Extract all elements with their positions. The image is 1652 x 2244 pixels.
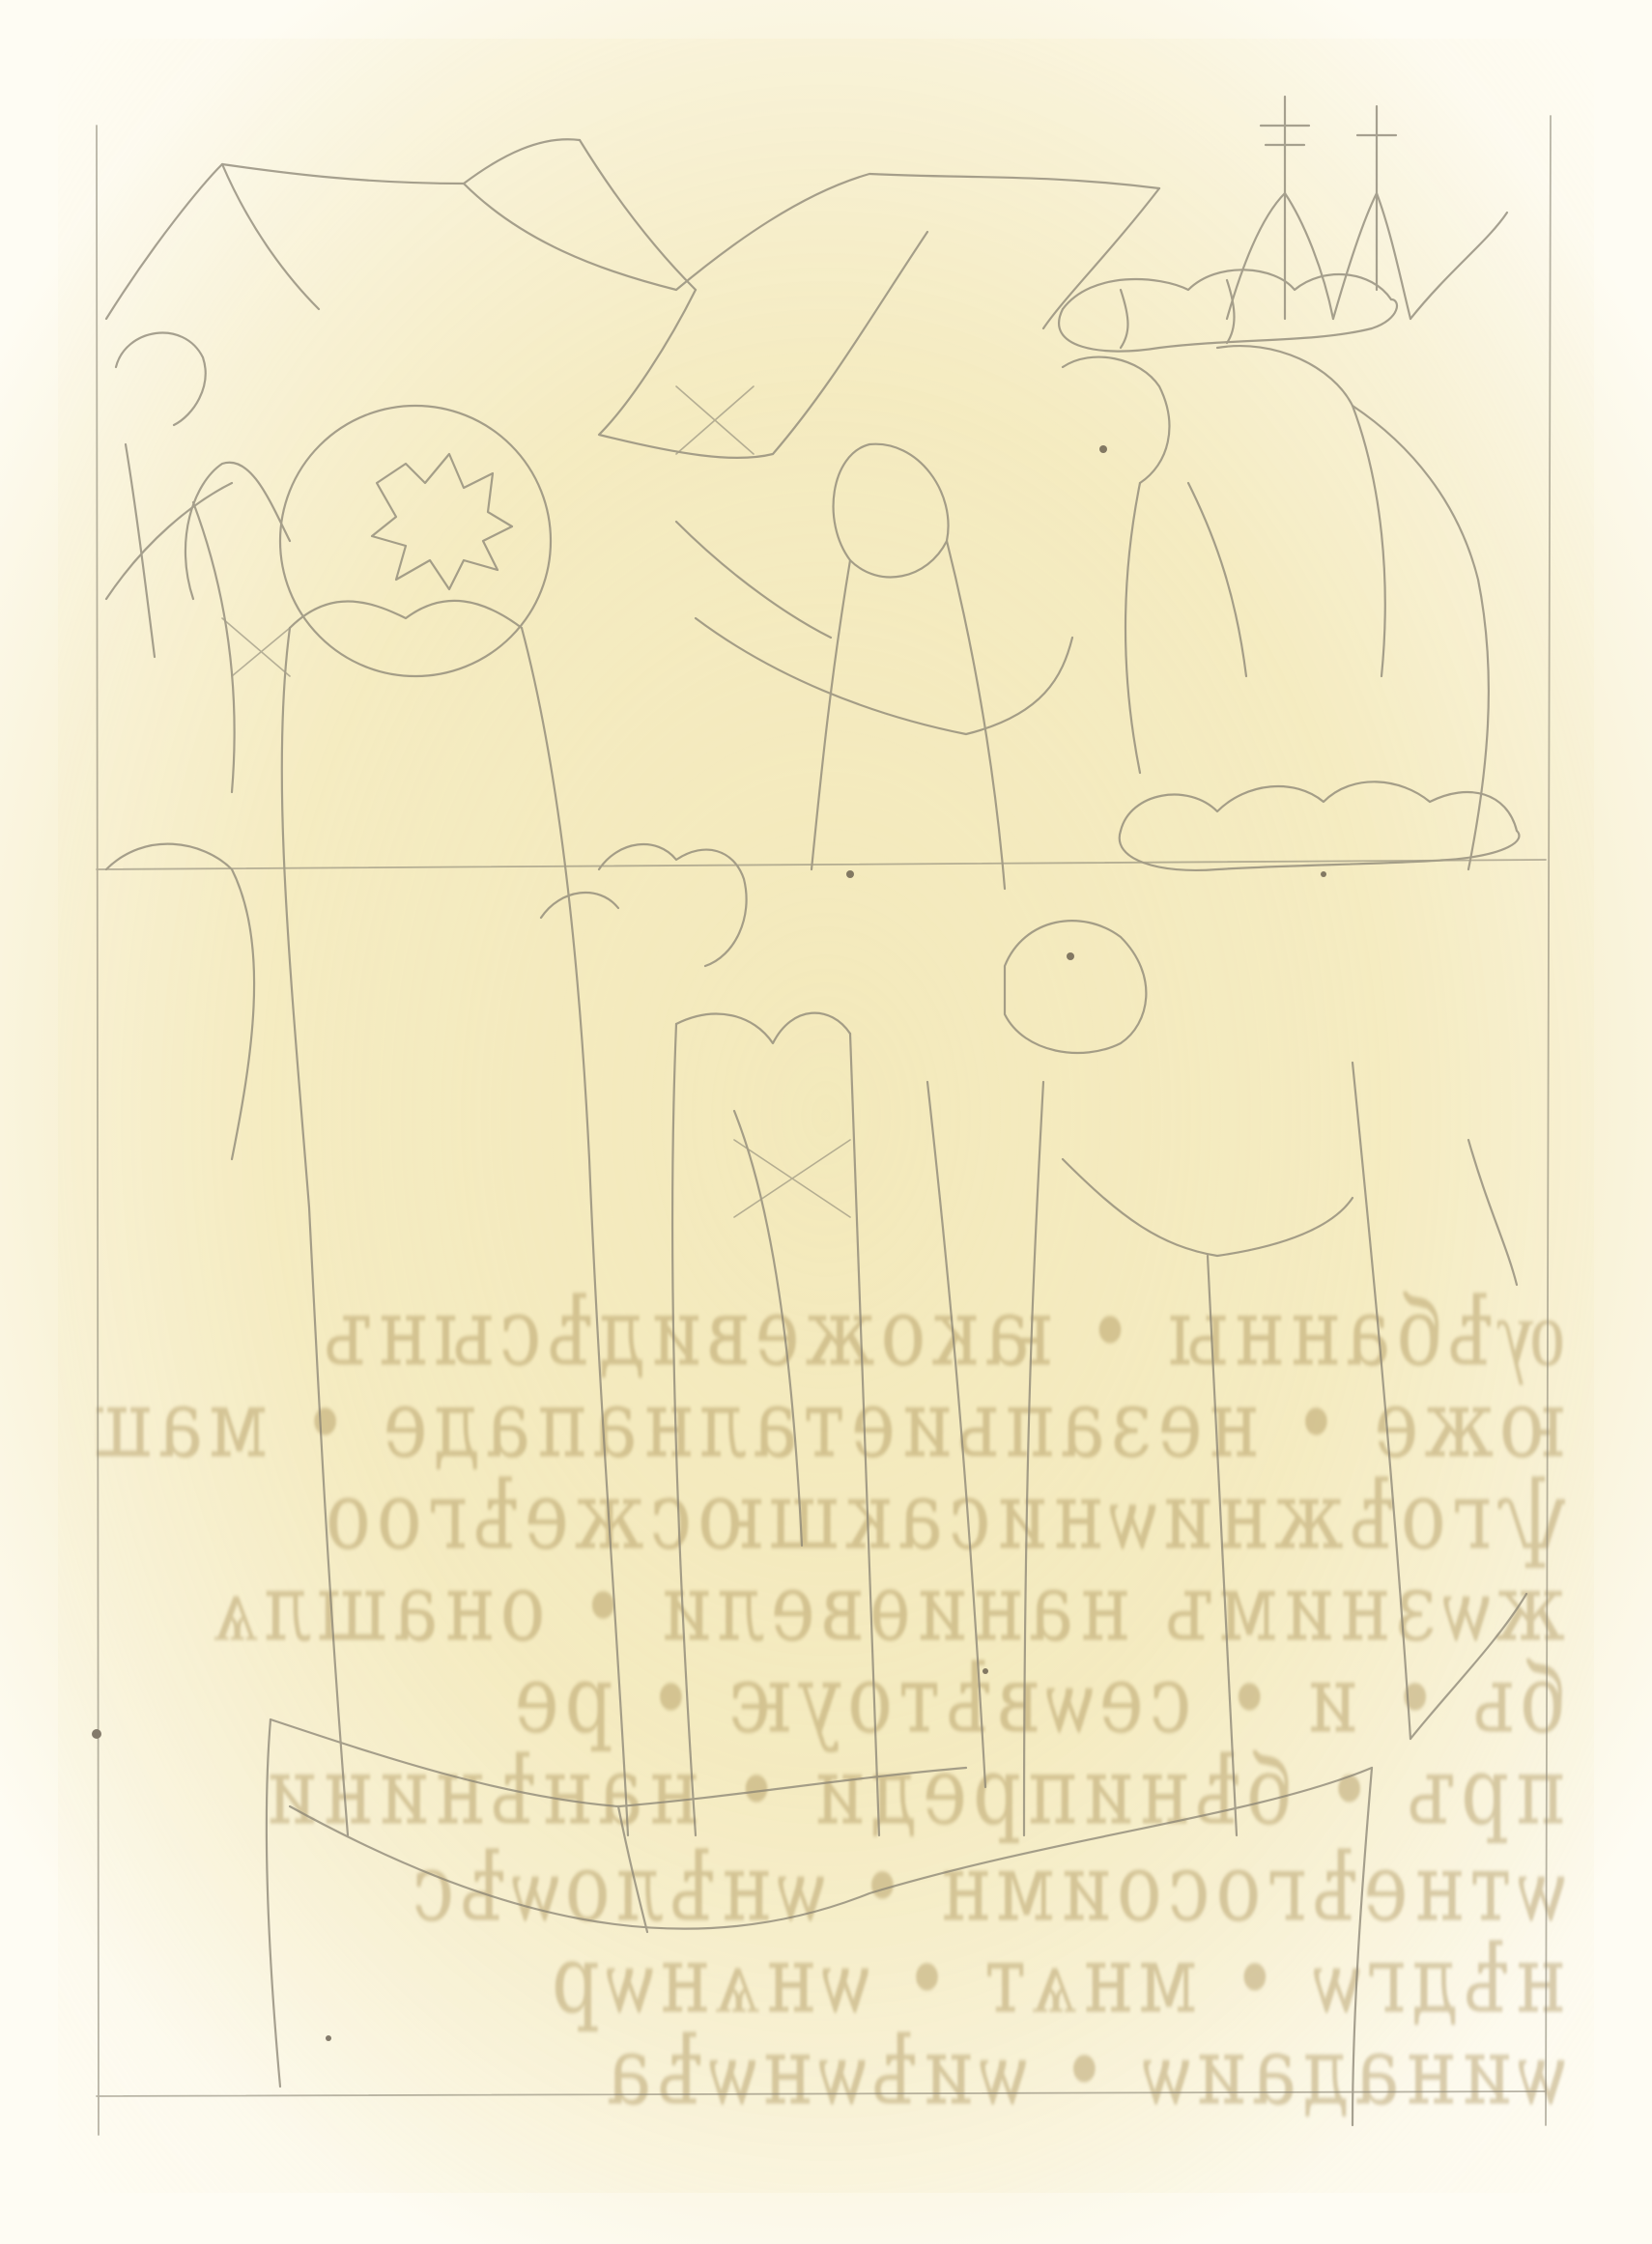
figure-right-headdress <box>1063 346 1489 869</box>
head-cluster-top-right <box>1059 270 1397 351</box>
robed-figures-center <box>672 1013 1526 1835</box>
figure-center-haloed <box>676 444 1072 889</box>
figures-left-edge <box>106 333 254 1159</box>
frame-lines <box>97 116 1551 2135</box>
figure-left-crowned <box>106 406 628 1835</box>
roofline <box>106 97 1507 458</box>
hatch-details <box>222 386 850 1217</box>
specks <box>92 445 1326 2041</box>
pencil-sketch <box>0 0 1652 2244</box>
head-cluster-mid-right <box>541 781 1519 1053</box>
ground-curve <box>267 1719 1372 2125</box>
